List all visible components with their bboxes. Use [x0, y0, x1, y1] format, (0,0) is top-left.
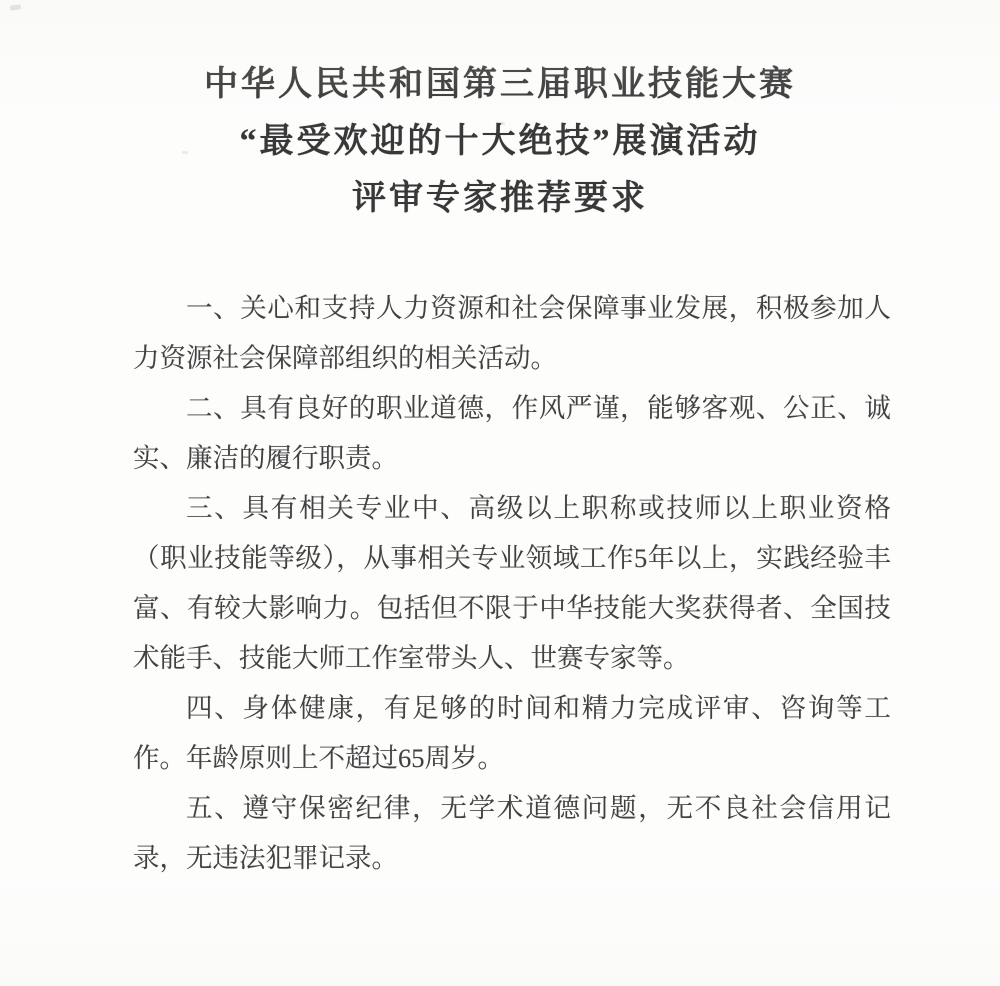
paragraph-2: 二、具有良好的职业道德，作风严谨，能够客观、公正、诚实、廉洁的履行职责。: [133, 383, 891, 483]
title-line-3: 评审专家推荐要求: [0, 170, 1000, 227]
paragraph-4: 四、身体健康，有足够的时间和精力完成评审、咨询等工作。年龄原则上不超过65周岁。: [133, 683, 891, 783]
title-line-1: 中华人民共和国第三届职业技能大赛: [0, 56, 1000, 113]
paragraph-1: 一、关心和支持人力资源和社会保障事业发展，积极参加人力资源社会保障部组织的相关活…: [133, 283, 891, 383]
document-title: 中华人民共和国第三届职业技能大赛 “最受欢迎的十大绝技”展演活动 评审专家推荐要…: [0, 56, 1000, 227]
scan-artifact: [10, 4, 22, 10]
document-body: 一、关心和支持人力资源和社会保障事业发展，积极参加人力资源社会保障部组织的相关活…: [133, 283, 891, 883]
scanned-document-page: 中华人民共和国第三届职业技能大赛 “最受欢迎的十大绝技”展演活动 评审专家推荐要…: [0, 0, 1000, 986]
paragraph-3: 三、具有相关专业中、高级以上职称或技师以上职业资格（职业技能等级），从事相关专业…: [133, 483, 891, 683]
paragraph-5: 五、遵守保密纪律，无学术道德问题，无不良社会信用记录，无违法犯罪记录。: [133, 783, 891, 883]
title-line-2: “最受欢迎的十大绝技”展演活动: [0, 113, 1000, 170]
